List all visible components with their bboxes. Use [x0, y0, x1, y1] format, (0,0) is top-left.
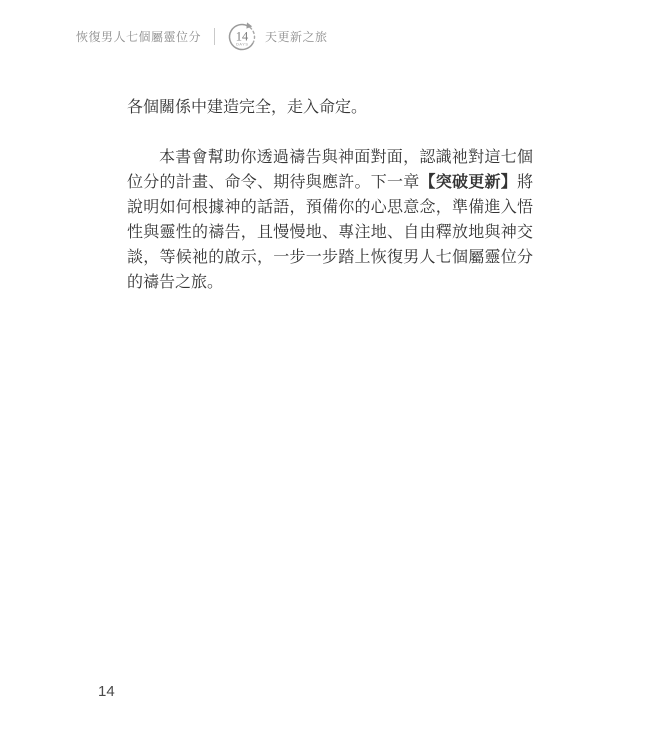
book-page: 恢復男人七個屬靈位分 14 DAYS 天更新之旅 各個關係中建造完全，走入命定。… — [0, 0, 650, 750]
badge-day-unit: DAYS — [236, 43, 248, 47]
day-counter-badge-icon: 14 DAYS — [224, 18, 260, 54]
paragraph-main: 本書會幫助你透過禱告與神面對面，認識祂對這七個位分的計畫、命令、期待與應許。下一… — [127, 145, 533, 295]
paragraph-lead: 各個關係中建造完全，走入命定。 — [127, 95, 533, 120]
paragraph-main-bold: 【突破更新】 — [419, 174, 517, 191]
running-header: 恢復男人七個屬靈位分 14 DAYS 天更新之旅 — [76, 17, 328, 55]
badge-dashed-arc — [250, 27, 254, 42]
body-text: 各個關係中建造完全，走入命定。 本書會幫助你透過禱告與神面對面，認識祂對這七個位… — [127, 95, 533, 295]
page-number: 14 — [98, 684, 115, 699]
book-title: 恢復男人七個屬靈位分 — [76, 28, 201, 45]
journey-title: 天更新之旅 — [265, 28, 328, 45]
paragraph-main-after: 將說明如何根據神的話語，預備你的心思意念，準備進入悟性與靈性的禱告，且慢慢地、專… — [127, 174, 533, 291]
header-divider — [214, 28, 215, 45]
badge-day-number: 14 — [236, 30, 249, 44]
